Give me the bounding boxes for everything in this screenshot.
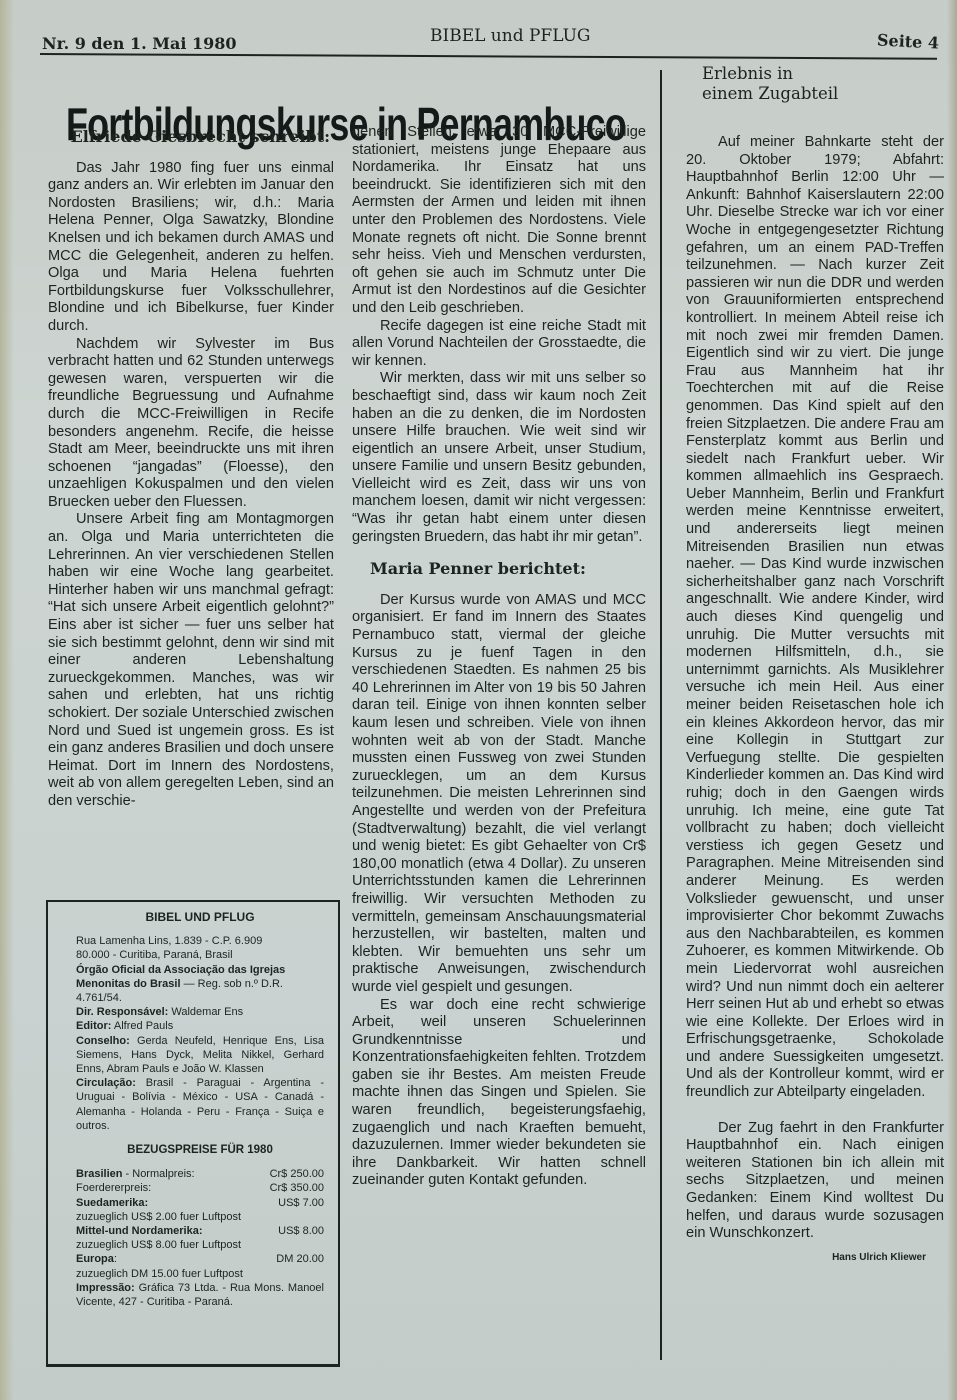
paragraph: denen Stellen etwa 30 MCC-Freiwillige st… (352, 124, 646, 318)
price-row: zuzueglich DM 15.00 fuer Luftpost (76, 1267, 324, 1281)
page-number: Seite 4 (876, 30, 939, 52)
page-edge-left (0, 0, 14, 1400)
price-row: zuzueglich US$ 2.00 fuer Luftpost (76, 1210, 324, 1224)
side-article: Erlebnis in einem Zugabteil Auf meiner B… (686, 64, 944, 1266)
imprint-organ: Órgão Oficial da Associação das Igrejas … (76, 963, 324, 1006)
imprint-council: Conselho: Gerda Neufeld, Henrique Ens, L… (76, 1034, 324, 1077)
price-row: Foerdererpreis:Cr$ 350.00 (76, 1181, 324, 1195)
imprint-box: BIBEL UND PFLUG Rua Lamenha Lins, 1.839 … (46, 900, 340, 1367)
byline-penner: Maria Penner berichtet: (370, 560, 646, 578)
paragraph: Der Zug faehrt in den Frankfurter Hauptb… (686, 1120, 944, 1243)
masthead: Nr. 9 den 1. Mai 1980 BIBEL und PFLUG Se… (42, 26, 939, 56)
author-signature: Hans Ulrich Kliewer (686, 1249, 944, 1267)
prices-title: BEZUGSPREISE FÜR 1980 (76, 1143, 324, 1157)
paragraph: Das Jahr 1980 fing fuer uns einmal ganz … (48, 160, 334, 336)
price-list: Brasilien - Normalpreis:Cr$ 250.00 Foerd… (76, 1167, 324, 1281)
column-divider (660, 70, 662, 1360)
paragraph: Nachdem wir Sylvester im Bus verbracht h… (48, 336, 334, 512)
main-article-column-1: Elfriede Giesbrecht schreibt: Das Jahr 1… (48, 128, 334, 811)
side-article-title: Erlebnis in einem Zugabteil (702, 64, 944, 104)
paragraph: Recife dagegen ist eine reiche Stadt mit… (352, 318, 646, 371)
price-row: Brasilien - Normalpreis:Cr$ 250.00 (76, 1167, 324, 1181)
paragraph: Der Kursus wurde von AMAS und MCC organi… (352, 592, 646, 997)
price-row: Mittel-und Nordamerika:US$ 8.00 (76, 1224, 324, 1238)
imprint-editor: Editor: Alfred Pauls (76, 1019, 324, 1033)
imprint-address: Rua Lamenha Lins, 1.839 - C.P. 6.909 (76, 934, 324, 948)
paragraph: Auf meiner Bahnkarte steht der 20. Oktob… (686, 134, 944, 1102)
byline-giesbrecht: Elfriede Giesbrecht schreibt: (48, 128, 330, 146)
price-row: Suedamerika:US$ 7.00 (76, 1196, 324, 1210)
issue-date: Nr. 9 den 1. Mai 1980 (42, 34, 237, 53)
imprint-title: BIBEL UND PFLUG (76, 910, 324, 924)
price-row: zuzueglich US$ 8.00 fuer Luftpost (76, 1238, 324, 1252)
publication-name: BIBEL und PFLUG (430, 26, 591, 46)
imprint-address: 80.000 - Curitiba, Paraná, Brasil (76, 948, 324, 962)
price-row: Europa:DM 20.00 (76, 1252, 324, 1266)
imprint-director: Dir. Responsável: Waldemar Ens (76, 1005, 324, 1019)
main-article-column-2: denen Stellen etwa 30 MCC-Freiwillige st… (352, 124, 646, 1190)
paragraph: Unsere Arbeit fing am Montagmorgen an. O… (48, 511, 334, 810)
imprint-circulation: Circulação: Brasil - Paraguai - Argentin… (76, 1076, 324, 1133)
paragraph: Wir merkten, dass wir mit uns selber so … (352, 370, 646, 546)
page-edge-right (947, 0, 957, 1400)
imprint-printer: Impressão: Gráfica 73 Ltda. - Rua Mons. … (76, 1281, 324, 1309)
paragraph: Es war doch eine recht schwierige Arbeit… (352, 997, 646, 1191)
